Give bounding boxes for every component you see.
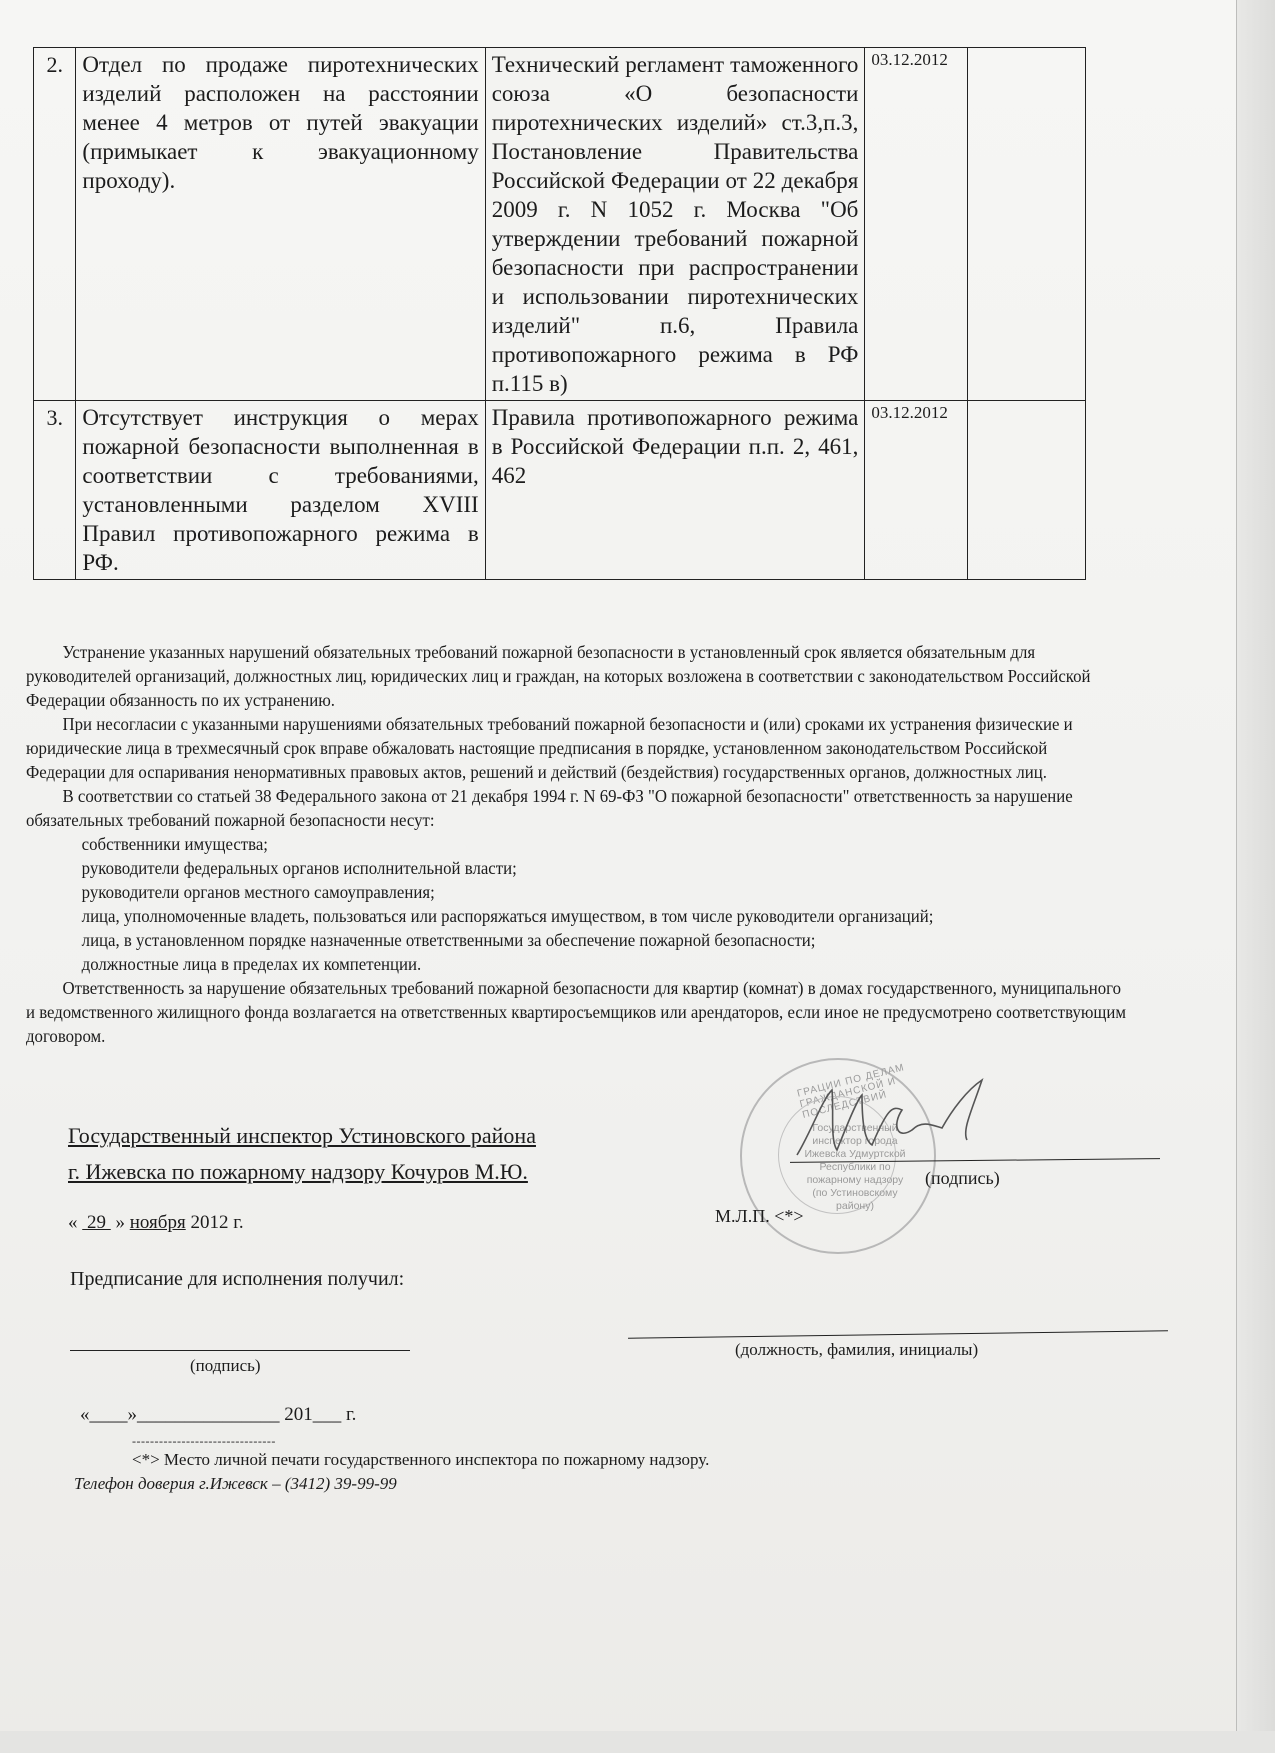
date-year: 2012 г. bbox=[190, 1212, 243, 1233]
date-quote-close: » bbox=[116, 1212, 126, 1233]
legal-reference: Правила противопожарного режима в Россий… bbox=[485, 401, 865, 580]
completion-mark bbox=[967, 401, 1085, 580]
list-item: руководители федеральных органов исполни… bbox=[26, 856, 1130, 880]
table-row: 3. Отсутствует инструкция о мерах пожарн… bbox=[34, 401, 1086, 580]
date-day: 29 bbox=[87, 1212, 106, 1233]
deadline-date: 03.12.2012 bbox=[865, 48, 967, 401]
issue-date: « 29 » ноября 2012 г. bbox=[68, 1212, 244, 1234]
deadline-date: 03.12.2012 bbox=[865, 401, 967, 580]
violation-description: Отсутствует инструкция о мерах пожарной … bbox=[76, 401, 485, 580]
scan-edge bbox=[1236, 0, 1275, 1753]
inspector-line-1: Государственный инспектор Устиновского р… bbox=[68, 1118, 536, 1154]
date-quote-open: « bbox=[68, 1212, 78, 1233]
footnote-separator: -------------------------------- bbox=[132, 1434, 276, 1449]
list-item: собственники имущества; bbox=[26, 832, 1130, 856]
receipt-label: Предписание для исполнения получил: bbox=[70, 1268, 404, 1291]
recipient-signature-caption: (подпись) bbox=[190, 1356, 261, 1376]
seal-place-label: М.Л.П. <*> bbox=[715, 1206, 804, 1227]
list-item: должностные лица в пределах их компетенц… bbox=[26, 952, 1130, 976]
paragraph-appeal: При несогласии с указанными нарушениями … bbox=[26, 712, 1130, 784]
recipient-position-caption: (должность, фамилия, инициалы) bbox=[735, 1340, 978, 1360]
inspector-line-2: г. Ижевска по пожарному надзору Кочуров … bbox=[68, 1154, 536, 1190]
legal-reference: Технический регламент таможенного союза … bbox=[485, 48, 865, 401]
footnote: <*> Место личной печати государственного… bbox=[132, 1450, 709, 1470]
list-item: лица, уполномоченные владеть, пользовать… bbox=[26, 904, 1130, 928]
document-page: 2. Отдел по продаже пиротехнических изде… bbox=[0, 0, 1275, 1753]
signature-caption: (подпись) bbox=[925, 1168, 1000, 1189]
paragraph-housing: Ответственность за нарушение обязательны… bbox=[26, 976, 1130, 1048]
handwritten-signature bbox=[792, 1070, 1022, 1170]
completion-mark bbox=[967, 48, 1085, 401]
violation-description: Отдел по продаже пиротехнических изделий… bbox=[76, 48, 485, 401]
receipt-date: «____»_______________ 201___ г. bbox=[80, 1404, 356, 1426]
row-number: 2. bbox=[34, 48, 76, 401]
list-item: лица, в установленном порядке назначенны… bbox=[26, 928, 1130, 952]
recipient-signature-line bbox=[70, 1350, 410, 1351]
paragraph-elimination: Устранение указанных нарушений обязатель… bbox=[26, 640, 1130, 712]
table-row: 2. Отдел по продаже пиротехнических изде… bbox=[34, 48, 1086, 401]
paragraph-responsibility: В соответствии со статьей 38 Федеральног… bbox=[26, 784, 1130, 832]
scan-edge-bottom bbox=[0, 1731, 1275, 1753]
hotline-phone: Телефон доверия г.Ижевск – (3412) 39-99-… bbox=[74, 1474, 397, 1494]
inspector-title: Государственный инспектор Устиновского р… bbox=[68, 1118, 536, 1190]
violations-table: 2. Отдел по продаже пиротехнических изде… bbox=[33, 47, 1086, 580]
row-number: 3. bbox=[34, 401, 76, 580]
recipient-position-line bbox=[628, 1330, 1168, 1339]
list-item: руководители органов местного самоуправл… bbox=[26, 880, 1130, 904]
date-month: ноября bbox=[130, 1212, 186, 1233]
legal-notice: Устранение указанных нарушений обязатель… bbox=[26, 640, 1130, 1048]
